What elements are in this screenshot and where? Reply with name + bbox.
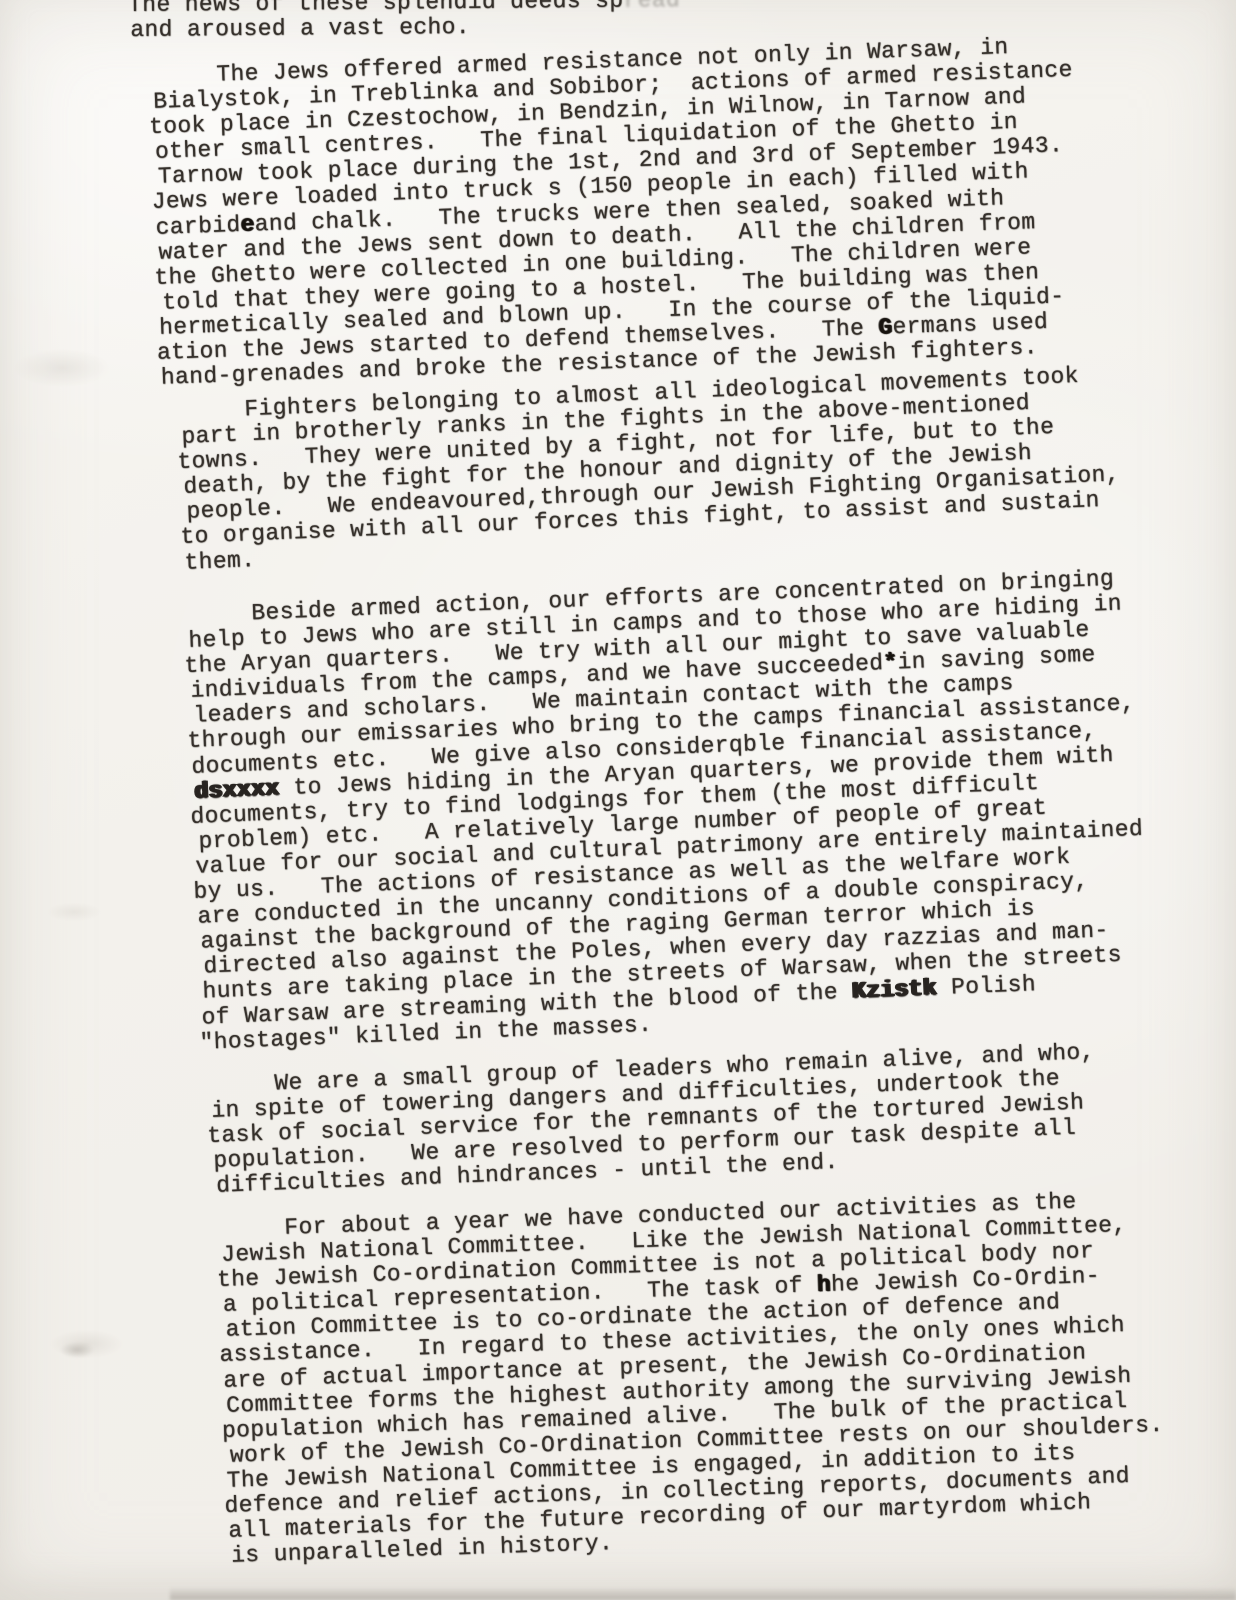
paragraph: Beside armed action, our efforts are con…	[185, 565, 1169, 1055]
document-page: The news of these splendid deeds spreada…	[0, 0, 1236, 1600]
struck-out-word: Kzistk	[852, 975, 938, 1004]
overstruck-character: *	[883, 650, 898, 677]
paragraph: For about a year we have conducted our a…	[218, 1187, 1163, 1569]
overstruck-character: e	[240, 211, 255, 237]
overstruck-character: G	[878, 314, 893, 340]
margin-smudge	[60, 1342, 94, 1358]
text-segment: Polish	[936, 971, 1036, 1001]
text-segment: ermans used	[892, 309, 1049, 340]
text-segment: them.	[184, 547, 256, 576]
typewritten-text: The news of these splendid deeds spreada…	[128, 0, 1152, 1570]
overstruck-character: h	[817, 1272, 832, 1298]
text-segment: and aroused a vast echo.	[130, 14, 470, 43]
paragraph: The Jews offered armed resistance not on…	[150, 30, 1163, 391]
paragraph: Fighters belonging to almost all ideolog…	[178, 361, 1158, 576]
page-bottom-shadow	[170, 1587, 1236, 1600]
paragraph: We are a small group of leaders who rema…	[208, 1038, 1156, 1200]
faded-text: read	[623, 0, 680, 14]
